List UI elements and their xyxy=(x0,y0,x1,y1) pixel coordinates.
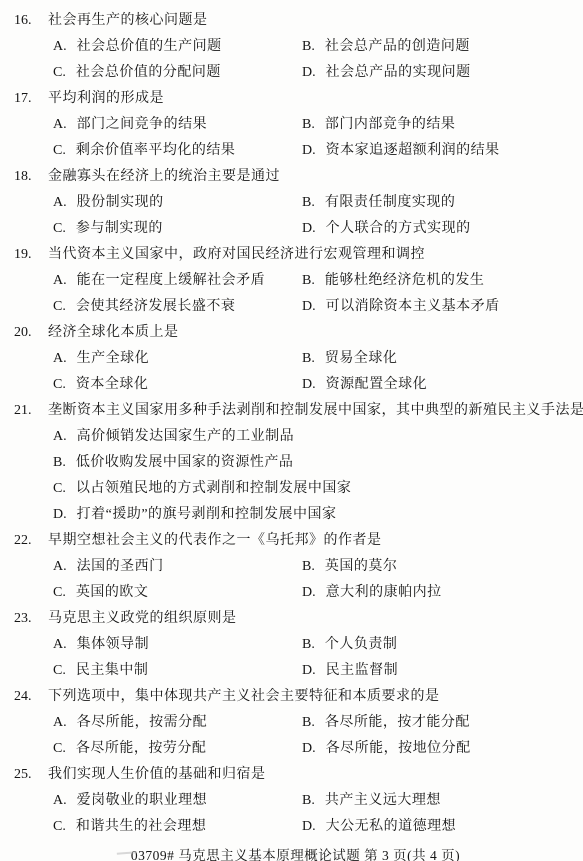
option-text: 能够杜绝经济危机的发生 xyxy=(325,268,485,294)
option-label: C. xyxy=(53,736,66,762)
question-stem: 早期空想社会主义的代表作之一《乌托邦》的作者是 xyxy=(48,528,382,554)
question: 22. 早期空想社会主义的代表作之一《乌托邦》的作者是 A. 法国的圣西门 B.… xyxy=(14,528,577,606)
option: D. 各尽所能，按地位分配 xyxy=(302,736,577,762)
option-label: D. xyxy=(302,658,316,684)
option: C. 资本全球化 xyxy=(53,372,302,398)
question-number: 18. xyxy=(14,164,48,190)
option-label: A. xyxy=(53,112,67,138)
option: D. 民主监督制 xyxy=(302,658,577,684)
option: D. 意大利的康帕内拉 xyxy=(302,580,577,606)
question-stem-row: 22. 早期空想社会主义的代表作之一《乌托邦》的作者是 xyxy=(14,528,577,554)
option-group: A. 社会总价值的生产问题 B. 社会总产品的创造问题 C. 社会总价值的分配问… xyxy=(53,34,577,86)
option-text: 剩余价值率平均化的结果 xyxy=(76,138,236,164)
page-footer: 03709# 马克思主义基本原理概论试题 第 3 页(共 4 页) xyxy=(14,843,577,861)
option: A. 社会总价值的生产问题 xyxy=(53,34,302,60)
option: A. 能在一定程度上缓解社会矛盾 xyxy=(53,268,302,294)
option-label: C. xyxy=(53,294,66,320)
question-stem-row: 16. 社会再生产的核心问题是 xyxy=(14,8,577,34)
question-number: 16. xyxy=(14,8,48,34)
question-stem-row: 20. 经济全球化本质上是 xyxy=(14,320,577,346)
option-text: 爱岗敬业的职业理想 xyxy=(77,788,208,814)
option-text: 能在一定程度上缓解社会矛盾 xyxy=(77,268,266,294)
option-text: 集体领导制 xyxy=(77,632,150,658)
option: D. 个人联合的方式实现的 xyxy=(302,216,577,242)
option-text: 可以消除资本主义基本矛盾 xyxy=(326,294,500,320)
option-label: C. xyxy=(53,138,66,164)
question-stem-row: 25. 我们实现人生价值的基础和归宿是 xyxy=(14,762,577,788)
question-number: 22. xyxy=(14,528,48,554)
option-text: 意大利的康帕内拉 xyxy=(326,580,442,606)
option-label: A. xyxy=(53,34,67,60)
option-text: 以占领殖民地的方式剥削和控制发展中国家 xyxy=(76,476,352,502)
option-label: A. xyxy=(53,424,67,450)
option-label: D. xyxy=(302,814,316,840)
question-stem-row: 23. 马克思主义政党的组织原则是 xyxy=(14,606,577,632)
option-text: 各尽所能，按地位分配 xyxy=(326,736,471,762)
option: B. 个人负责制 xyxy=(302,632,577,658)
option-text: 低价收购发展中国家的资源性产品 xyxy=(76,450,294,476)
option: C. 社会总价值的分配问题 xyxy=(53,60,302,86)
option: D. 大公无私的道德理想 xyxy=(302,814,577,840)
question-number: 19. xyxy=(14,242,48,268)
option: B. 有限责任制度实现的 xyxy=(302,190,577,216)
option-label: C. xyxy=(53,60,66,86)
option: A. 部门之间竞争的结果 xyxy=(53,112,302,138)
option-text: 社会总价值的分配问题 xyxy=(76,60,221,86)
option: B. 英国的莫尔 xyxy=(302,554,577,580)
option: A. 股份制实现的 xyxy=(53,190,302,216)
option-text: 英国的欧文 xyxy=(76,580,149,606)
option-text: 个人负责制 xyxy=(325,632,398,658)
option-label: D. xyxy=(302,294,316,320)
question: 19. 当代资本主义国家中，政府对国民经济进行宏观管理和调控 A. 能在一定程度… xyxy=(14,242,577,320)
question-stem: 社会再生产的核心问题是 xyxy=(48,8,208,34)
question-stem: 金融寡头在经济上的统治主要是通过 xyxy=(48,164,280,190)
option-label: D. xyxy=(302,736,316,762)
option: D. 可以消除资本主义基本矛盾 xyxy=(302,294,577,320)
option: C. 各尽所能，按劳分配 xyxy=(53,736,302,762)
option-label: C. xyxy=(53,658,66,684)
question: 25. 我们实现人生价值的基础和归宿是 A. 爱岗敬业的职业理想 B. 共产主义… xyxy=(14,762,577,840)
option-text: 民主监督制 xyxy=(326,658,399,684)
option-text: 会使其经济发展长盛不衰 xyxy=(76,294,236,320)
option-group: A. 能在一定程度上缓解社会矛盾 B. 能够杜绝经济危机的发生 C. 会使其经济… xyxy=(53,268,577,320)
option: A. 生产全球化 xyxy=(53,346,302,372)
option: B. 社会总产品的创造问题 xyxy=(302,34,577,60)
option: A. 法国的圣西门 xyxy=(53,554,302,580)
option-text: 资本家追逐超额利润的结果 xyxy=(326,138,500,164)
question-number: 20. xyxy=(14,320,48,346)
option: D. 社会总产品的实现问题 xyxy=(302,60,577,86)
question-stem: 下列选项中，集中体现共产主义社会主要特征和本质要求的是 xyxy=(48,684,440,710)
question-number: 23. xyxy=(14,606,48,632)
option: C. 和谐共生的社会理想 xyxy=(53,814,302,840)
option-label: D. xyxy=(302,372,316,398)
option-label: D. xyxy=(302,60,316,86)
question-stem-row: 19. 当代资本主义国家中，政府对国民经济进行宏观管理和调控 xyxy=(14,242,577,268)
option-text: 个人联合的方式实现的 xyxy=(326,216,471,242)
question: 17. 平均利润的形成是 A. 部门之间竞争的结果 B. 部门内部竞争的结果 C… xyxy=(14,86,577,164)
option-label: B. xyxy=(302,112,315,138)
option-text: 民主集中制 xyxy=(76,658,149,684)
option-text: 大公无私的道德理想 xyxy=(326,814,457,840)
option-group: A. 各尽所能，按需分配 B. 各尽所能，按才能分配 C. 各尽所能，按劳分配 … xyxy=(53,710,577,762)
option: C. 参与制实现的 xyxy=(53,216,302,242)
option-group: A. 爱岗敬业的职业理想 B. 共产主义远大理想 C. 和谐共生的社会理想 D.… xyxy=(53,788,577,840)
option-text: 参与制实现的 xyxy=(76,216,163,242)
option-text: 社会总产品的实现问题 xyxy=(326,60,471,86)
question: 16. 社会再生产的核心问题是 A. 社会总价值的生产问题 B. 社会总产品的创… xyxy=(14,8,577,86)
option-text: 社会总产品的创造问题 xyxy=(325,34,470,60)
option-text: 生产全球化 xyxy=(77,346,150,372)
option-group: A. 部门之间竞争的结果 B. 部门内部竞争的结果 C. 剩余价值率平均化的结果… xyxy=(53,112,577,164)
option-text: 打着“援助”的旗号剥削和控制发展中国家 xyxy=(77,502,337,528)
option-text: 法国的圣西门 xyxy=(77,554,164,580)
option-label: D. xyxy=(302,216,316,242)
option-label: D. xyxy=(53,502,67,528)
option-label: B. xyxy=(302,268,315,294)
question: 24. 下列选项中，集中体现共产主义社会主要特征和本质要求的是 A. 各尽所能，… xyxy=(14,684,577,762)
option-label: B. xyxy=(302,34,315,60)
option: D. 打着“援助”的旗号剥削和控制发展中国家 xyxy=(53,502,577,528)
question-number: 21. xyxy=(14,398,48,424)
option-label: B. xyxy=(302,346,315,372)
option-text: 各尽所能，按才能分配 xyxy=(325,710,470,736)
option: B. 各尽所能，按才能分配 xyxy=(302,710,577,736)
option-label: B. xyxy=(302,190,315,216)
option-group: A. 股份制实现的 B. 有限责任制度实现的 C. 参与制实现的 D. 个人联合… xyxy=(53,190,577,242)
question-stem-row: 21. 垄断资本主义国家用多种手法剥削和控制发展中国家，其中典型的新殖民主义手法… xyxy=(14,398,577,424)
option-text: 贸易全球化 xyxy=(325,346,398,372)
option-text: 资源配置全球化 xyxy=(326,372,428,398)
option-label: C. xyxy=(53,814,66,840)
question-stem: 经济全球化本质上是 xyxy=(48,320,179,346)
option-label: A. xyxy=(53,268,67,294)
option-text: 有限责任制度实现的 xyxy=(325,190,456,216)
option-text: 社会总价值的生产问题 xyxy=(77,34,222,60)
option: B. 共产主义远大理想 xyxy=(302,788,577,814)
option-label: B. xyxy=(302,788,315,814)
option-label: A. xyxy=(53,190,67,216)
question-list: 16. 社会再生产的核心问题是 A. 社会总价值的生产问题 B. 社会总产品的创… xyxy=(14,8,577,840)
question-stem: 当代资本主义国家中，政府对国民经济进行宏观管理和调控 xyxy=(48,242,425,268)
question-number: 17. xyxy=(14,86,48,112)
option-label: D. xyxy=(302,138,316,164)
option-text: 部门内部竞争的结果 xyxy=(325,112,456,138)
question-stem-row: 17. 平均利润的形成是 xyxy=(14,86,577,112)
option-text: 资本全球化 xyxy=(76,372,149,398)
question-stem: 我们实现人生价值的基础和归宿是 xyxy=(48,762,266,788)
option-label: A. xyxy=(53,632,67,658)
question-stem: 垄断资本主义国家用多种手法剥削和控制发展中国家，其中典型的新殖民主义手法是 xyxy=(48,398,583,424)
scan-artifact-mark xyxy=(117,851,137,859)
exam-page: 16. 社会再生产的核心问题是 A. 社会总价值的生产问题 B. 社会总产品的创… xyxy=(0,0,583,861)
option-label: A. xyxy=(53,554,67,580)
question: 20. 经济全球化本质上是 A. 生产全球化 B. 贸易全球化 C. 资本全球化… xyxy=(14,320,577,398)
question: 18. 金融寡头在经济上的统治主要是通过 A. 股份制实现的 B. 有限责任制度… xyxy=(14,164,577,242)
option-label: B. xyxy=(53,450,66,476)
option-label: C. xyxy=(53,216,66,242)
option: B. 贸易全球化 xyxy=(302,346,577,372)
option-text: 部门之间竞争的结果 xyxy=(77,112,208,138)
option-label: B. xyxy=(302,710,315,736)
option-text: 股份制实现的 xyxy=(77,190,164,216)
option: C. 英国的欧文 xyxy=(53,580,302,606)
option: D. 资源配置全球化 xyxy=(302,372,577,398)
option-text: 和谐共生的社会理想 xyxy=(76,814,207,840)
option-label: B. xyxy=(302,632,315,658)
question: 23. 马克思主义政党的组织原则是 A. 集体领导制 B. 个人负责制 C. 民… xyxy=(14,606,577,684)
option-text: 高价倾销发达国家生产的工业制品 xyxy=(77,424,295,450)
option: C. 民主集中制 xyxy=(53,658,302,684)
question-number: 25. xyxy=(14,762,48,788)
option-label: C. xyxy=(53,580,66,606)
question-stem: 平均利润的形成是 xyxy=(48,86,164,112)
option: D. 资本家追逐超额利润的结果 xyxy=(302,138,577,164)
question-stem-row: 18. 金融寡头在经济上的统治主要是通过 xyxy=(14,164,577,190)
question-stem: 马克思主义政党的组织原则是 xyxy=(48,606,237,632)
question: 21. 垄断资本主义国家用多种手法剥削和控制发展中国家，其中典型的新殖民主义手法… xyxy=(14,398,577,528)
option: A. 各尽所能，按需分配 xyxy=(53,710,302,736)
option-text: 共产主义远大理想 xyxy=(325,788,441,814)
option: B. 能够杜绝经济危机的发生 xyxy=(302,268,577,294)
question-number: 24. xyxy=(14,684,48,710)
footer-text: 03709# 马克思主义基本原理概论试题 第 3 页(共 4 页) xyxy=(131,848,460,861)
option-label: A. xyxy=(53,346,67,372)
option-label: C. xyxy=(53,476,66,502)
question-stem-row: 24. 下列选项中，集中体现共产主义社会主要特征和本质要求的是 xyxy=(14,684,577,710)
option-label: A. xyxy=(53,788,67,814)
option-label: D. xyxy=(302,580,316,606)
option: A. 爱岗敬业的职业理想 xyxy=(53,788,302,814)
option-text: 各尽所能，按需分配 xyxy=(77,710,208,736)
option: C. 剩余价值率平均化的结果 xyxy=(53,138,302,164)
option-text: 英国的莫尔 xyxy=(325,554,398,580)
option-text: 各尽所能，按劳分配 xyxy=(76,736,207,762)
option: A. 集体领导制 xyxy=(53,632,302,658)
option: C. 以占领殖民地的方式剥削和控制发展中国家 xyxy=(53,476,577,502)
option: B. 部门内部竞争的结果 xyxy=(302,112,577,138)
option: A. 高价倾销发达国家生产的工业制品 xyxy=(53,424,577,450)
option-group: A. 法国的圣西门 B. 英国的莫尔 C. 英国的欧文 D. 意大利的康帕内拉 xyxy=(53,554,577,606)
option: B. 低价收购发展中国家的资源性产品 xyxy=(53,450,577,476)
option-group: A. 高价倾销发达国家生产的工业制品 B. 低价收购发展中国家的资源性产品 C.… xyxy=(53,424,577,528)
option-group: A. 集体领导制 B. 个人负责制 C. 民主集中制 D. 民主监督制 xyxy=(53,632,577,684)
option-group: A. 生产全球化 B. 贸易全球化 C. 资本全球化 D. 资源配置全球化 xyxy=(53,346,577,398)
option: C. 会使其经济发展长盛不衰 xyxy=(53,294,302,320)
option-label: C. xyxy=(53,372,66,398)
option-label: B. xyxy=(302,554,315,580)
option-label: A. xyxy=(53,710,67,736)
